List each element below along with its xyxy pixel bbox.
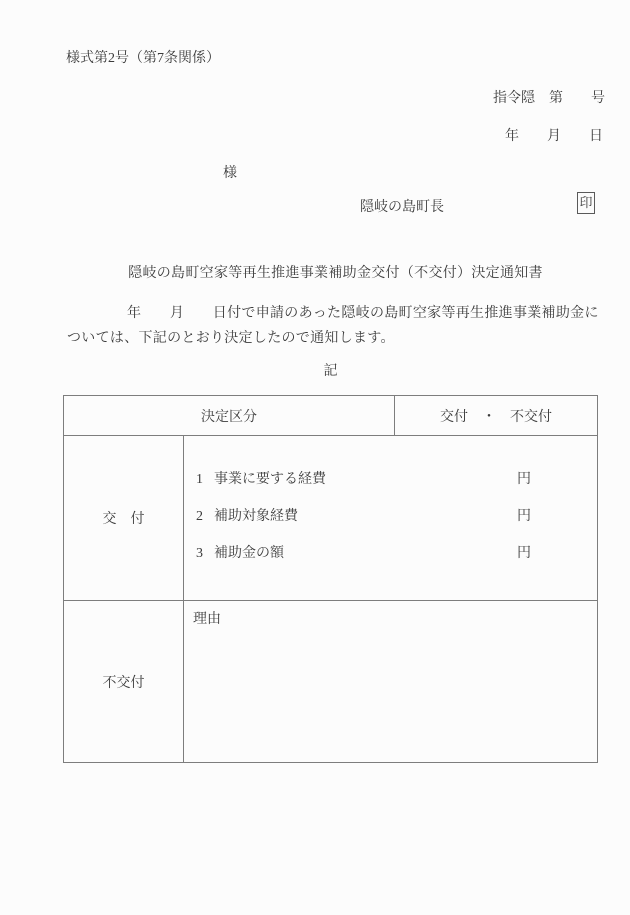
form-number: 様式第2号（第7条関係）: [66, 47, 220, 67]
item-unit-yen: 円: [517, 546, 531, 562]
grant-item-eligible-cost: 2 補助対象経費 円: [184, 509, 597, 525]
mayor-title: 隠岐の島町長: [360, 196, 444, 216]
grant-row: 交 付 1 事業に要する経費 円 2 補助対象経費 円 3 補助金の額 円: [64, 436, 597, 601]
item-number: 3: [196, 546, 214, 562]
item-unit-yen: 円: [517, 509, 531, 525]
grant-items: 1 事業に要する経費 円 2 補助対象経費 円 3 補助金の額 円: [184, 436, 597, 600]
grant-item-project-cost: 1 事業に要する経費 円: [184, 472, 597, 488]
body-text-line-2: ついては、下記のとおり決定したので通知します。: [67, 327, 395, 347]
date-line: 年 月 日: [505, 125, 603, 145]
grant-item-subsidy-amount: 3 補助金の額 円: [184, 546, 597, 562]
decision-options-header: 交付 ・ 不交付: [395, 396, 597, 435]
item-label: 補助対象経費: [214, 509, 517, 525]
decision-category-header: 決定区分: [64, 396, 395, 435]
no-grant-row: 不交付 理由: [64, 601, 597, 762]
item-label: 補助金の額: [214, 546, 517, 562]
item-label: 事業に要する経費: [214, 472, 517, 488]
table-header-row: 決定区分 交付 ・ 不交付: [64, 396, 597, 436]
body-text-line-1: 年 月 日付で申請のあった隠岐の島町空家等再生推進事業補助金に: [127, 302, 599, 322]
no-grant-label: 不交付: [64, 601, 184, 762]
item-unit-yen: 円: [517, 472, 531, 488]
item-number: 2: [196, 509, 214, 525]
directive-number-line: 指令隠 第 号: [493, 87, 605, 107]
no-grant-reason-label: 理由: [184, 601, 597, 762]
document-title: 隠岐の島町空家等再生推進事業補助金交付（不交付）決定通知書: [68, 262, 603, 282]
decision-table: 決定区分 交付 ・ 不交付 交 付 1 事業に要する経費 円 2 補助対象経費 …: [63, 395, 598, 763]
grant-label: 交 付: [64, 436, 184, 600]
seal-stamp: 印: [577, 192, 595, 214]
document-page: 様式第2号（第7条関係） 指令隠 第 号 年 月 日 様 隠岐の島町長 印 隠岐…: [0, 0, 630, 915]
addressee-suffix: 様: [223, 162, 237, 182]
item-number: 1: [196, 472, 214, 488]
record-mark: 記: [63, 360, 598, 380]
